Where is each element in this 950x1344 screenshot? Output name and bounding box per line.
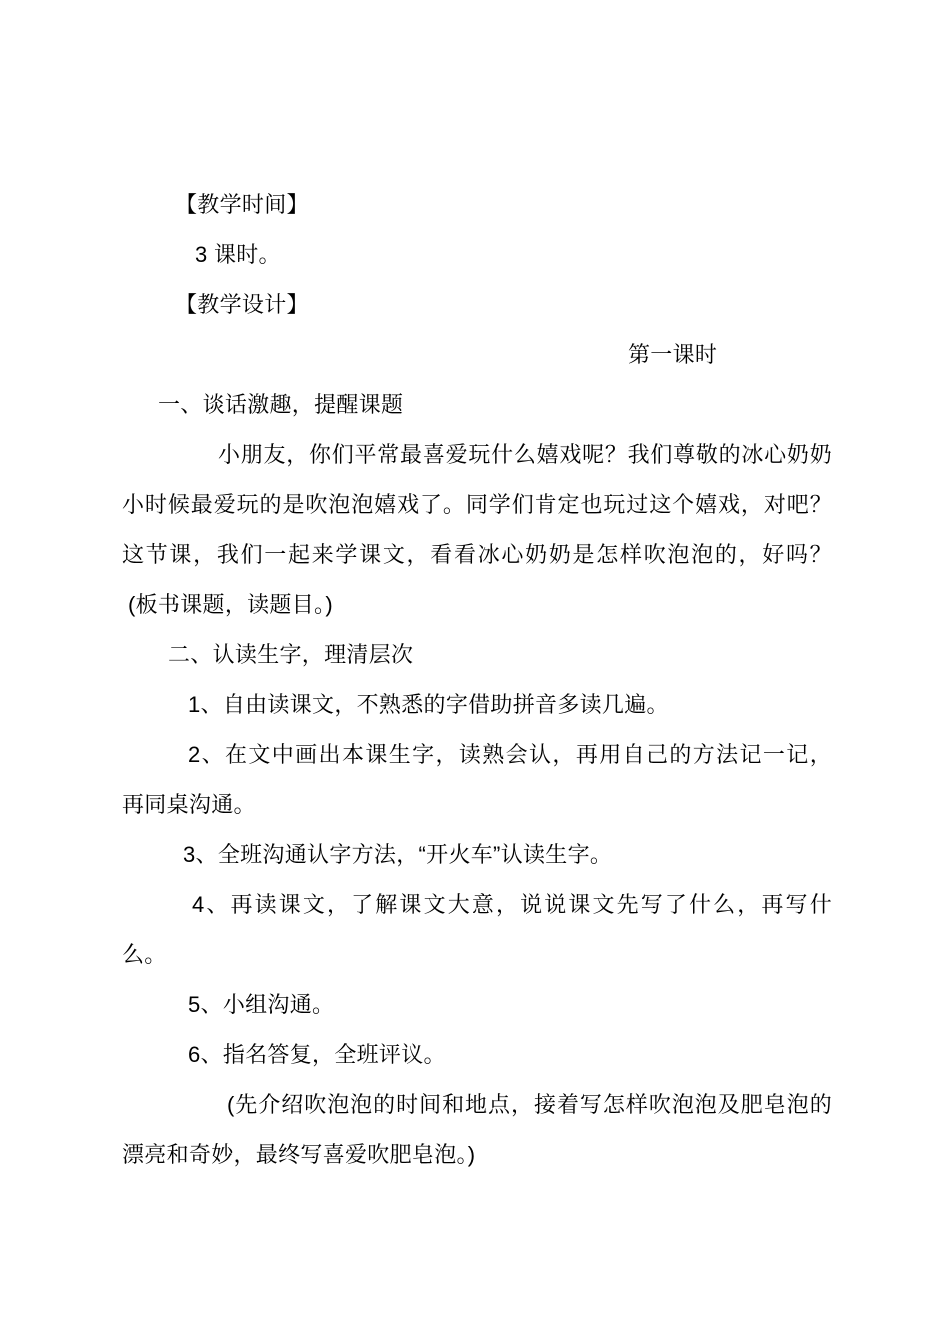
list-item-3: 3、全班沟通认字方法，“开火车”认读生字。 <box>183 830 612 880</box>
list-item-2: 2、在文中画出本课生字，读熟会认，再用自己的方法记一记， <box>188 730 832 780</box>
parenthetical-summary-line: 漂亮和奇妙，最终写喜爱吹肥皂泡。) <box>122 1130 475 1180</box>
list-item-4: 4、再读课文，了解课文大意，说说课文先写了什么，再写什 <box>192 880 832 930</box>
list-item-6: 6、指名答复，全班评议。 <box>188 1030 446 1080</box>
section-heading-2: 二、认读生字，理清层次 <box>168 630 413 680</box>
heading-teaching-time: 【教学时间】 <box>175 180 309 230</box>
subheading-first-lesson: 第一课时 <box>628 330 717 380</box>
list-item-1: 1、自由读课文，不熟悉的字借助拼音多读几遍。 <box>188 680 669 730</box>
parenthetical-note: (板书课题，读题目。) <box>128 580 333 630</box>
heading-teaching-design: 【教学设计】 <box>175 280 309 330</box>
paragraph-line: 小时候最爱玩的是吹泡泡嬉戏了。同学们肯定也玩过这个嬉戏，对吧？ <box>122 480 832 530</box>
paragraph-line: 这节课，我们一起来学课文，看看冰心奶奶是怎样吹泡泡的，好吗？ <box>122 530 832 580</box>
section-heading-1: 一、谈话激趣，提醒课题 <box>158 380 403 430</box>
paragraph-line: 小朋友，你们平常最喜爱玩什么嬉戏呢？我们尊敬的冰心奶奶 <box>218 430 832 480</box>
list-item-4-continuation: 么。 <box>122 930 167 980</box>
list-item-5: 5、小组沟通。 <box>188 980 334 1030</box>
body-line-class-hours: 3 课时。 <box>195 230 281 280</box>
parenthetical-summary-line: (先介绍吹泡泡的时间和地点，接着写怎样吹泡泡及肥皂泡的 <box>227 1080 832 1130</box>
list-item-2-continuation: 再同桌沟通。 <box>122 780 256 830</box>
document-page: 【教学时间】 3 课时。 【教学设计】 第一课时 一、谈话激趣，提醒课题 小朋友… <box>0 0 950 1344</box>
